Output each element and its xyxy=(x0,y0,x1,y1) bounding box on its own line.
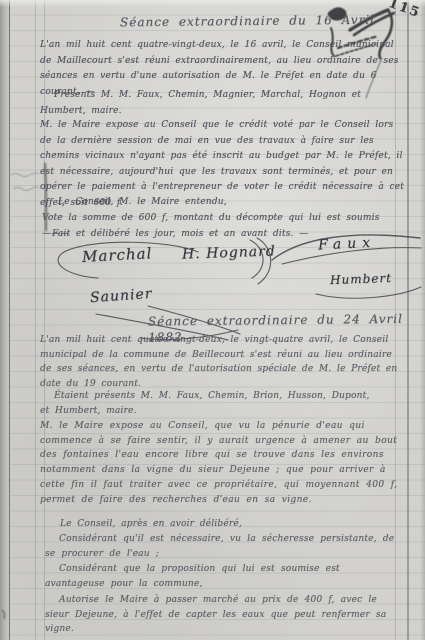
signature-faux: Faux xyxy=(318,234,377,253)
left-scan-edge xyxy=(0,0,10,640)
seance-1-attendees: Présents M. M. Faux, Chemin, Magnier, Ma… xyxy=(40,88,380,119)
seance-2-deliberation: Le Conseil, après en avoir délibéré, xyxy=(60,517,390,533)
seance-1-title: Séance extraordinaire du 16 Avril xyxy=(120,13,375,31)
top-scan-edge xyxy=(0,0,425,7)
seance-2-considering-2: Considérant que la proposition qui lui e… xyxy=(45,562,400,591)
seance-2-body: M. le Maire expose au Conseil, que vu la… xyxy=(40,419,400,507)
margin-rule-outer xyxy=(35,0,36,640)
signature-marchal: Marchal xyxy=(82,244,153,266)
signature-saunier: Saunier xyxy=(90,286,153,306)
register-page: 115 xyxy=(0,0,425,640)
seance-2-attendees: Étaient présents M. M. Faux, Chemin, Bri… xyxy=(40,389,380,418)
seance-1-deliberation: Le Conseil, M. le Maire entendu, xyxy=(58,195,388,211)
signature-hognard: H. Hognard xyxy=(182,243,276,262)
seance-2-considering-1: Considérant qu'il est nécessaire, vu la … xyxy=(45,532,400,561)
signature-humbert: Humbert xyxy=(330,271,392,287)
seance-2-opening: L'an mil huit cent quatre-vingt-deux, le… xyxy=(40,333,404,391)
seance-2-resolution: Autorise le Maire à passer marché au pri… xyxy=(45,593,403,637)
